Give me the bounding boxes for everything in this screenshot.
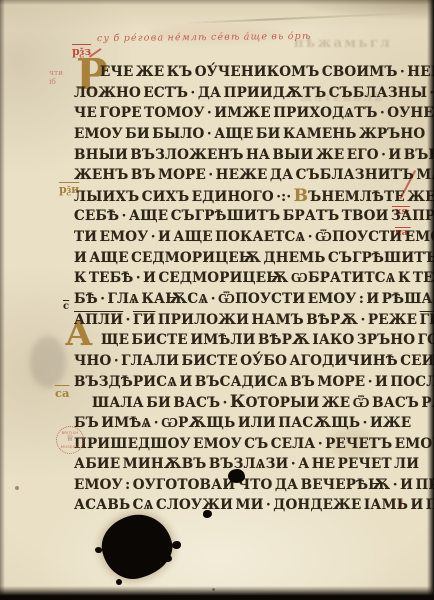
text-segment: И АЩЕ СЕДМОРИЦЕѬ ДНЕМЬ СЪГРѢШИТЪ: [74, 250, 434, 266]
parchment-speck: [15, 486, 19, 490]
text-segment: ЩЕ БИСТЕ ИМѢЛИ ВѢРѪ ІАКО ЗРЪНО ГОРѪШИ: [101, 332, 434, 348]
text-line: ЕЧЕ ЖЕ КЪ ОУ́ЧЕНИКОМЪ СВОИМЪ · НЕВЪЗЬ: [74, 62, 414, 83]
margin-note-s: с: [63, 301, 69, 312]
text-line: ВНЫИ ВЪЗЛОЖЕНЪ НА ВЫИ ЖЕ ЕГО · И ВЪВРЪ: [74, 145, 414, 166]
text-segment: ·: [123, 312, 133, 328]
text-segment: ОТОРЫИ ЖЕ Ѿ ВАСЪ РА: [246, 395, 434, 411]
text-segment: БѢ · ГЛѦ КАѬСѦ · ѾПОУСТИ ЕМОУ : И РѢША: [74, 291, 433, 307]
text-line: ЛЫИХЪ СИХЪ ЕДИНОГО ·:· ВЪНЕМЛѢТЕ ЖЕ: [74, 186, 414, 207]
text-line: ПРИШЕДШОУ ЕМОУ СЪ СЕЛА · РЕЧЕТЪ ЕМОУ ·: [74, 434, 414, 455]
text-line: ЩЕ БИСТЕ ИМѢЛИ ВѢРѪ ІАКО ЗРЪНО ГОРѪШИ: [74, 330, 414, 351]
ink-blot: [164, 555, 172, 562]
text-line: ЖЕНЪ ВЪ МОРЕ · НЕЖЕ ДА СЪБЛАЗНИТЪ МА: [74, 165, 414, 186]
ink-blot: [228, 469, 245, 483]
text-segment: СЕБѢ · АЩЕ СЪГРѢШИТЪ БРАТЪ ТВОИ ЗАПРѢ: [74, 208, 434, 224]
text-line: БЪ ИМѢѦ · ѠРѪЩЬ ИЛИ ПАСѪЩЬ · ИЖЕ: [74, 413, 414, 434]
text-block: ЕЧЕ ЖЕ КЪ ОУ́ЧЕНИКОМЪ СВОИМЪ · НЕВЪЗЬЛОЖ…: [74, 62, 414, 516]
photo-edge: [0, 0, 5, 600]
text-segment: ШАЛА БИ ВАСЪ ·: [92, 395, 230, 411]
text-segment: ГИ: [133, 312, 155, 328]
ink-blot: [95, 547, 102, 553]
photo-edge: [0, 586, 434, 600]
text-segment: ЧЕ ГОРЕ ТОМОУ · ИМЖЕ ПРИХОДѦТЪ · ОУНЕЕ: [74, 105, 434, 121]
margin-note-chti: чтиіб: [49, 69, 63, 86]
text-segment: ЕМОУ : ОУГОТОВАИ ЧТО ДА ВЕЧЕРѢѬ · И ПРѢП…: [74, 477, 434, 493]
parchment-stain: [30, 336, 66, 388]
text-segment: АБИЕ МИНѪВЪ ВЪЗЛѦЗИ · А НЕ РЕЧЕТ ЛИ: [74, 456, 419, 472]
text-line: АСАВЬ СѦ СЛОУЖИ МИ · ДОНДЕЖЕ ІАМЬ И ПИѬ …: [74, 495, 414, 516]
text-segment: ЧНО · ГЛАЛИ БИСТЕ ОУ́БО АГОДИЧИНѢ СЕИ: [74, 353, 434, 369]
text-segment: АСАВЬ СѦ СЛОУЖИ МИ · ДОНДЕЖЕ ІАМЬ И ПИѬ: [74, 497, 434, 513]
text-segment: К ТЕБѢ · И СЕДМОРИЦЕѬ ѠБРАТИТСѦ К ТЕ: [74, 270, 434, 286]
ink-blot: [172, 541, 181, 549]
crown-icon: ♕: [57, 435, 83, 444]
stamp-text-bottom: MUSEUM: [58, 444, 81, 449]
text-line: К ТЕБѢ · И СЕДМОРИЦЕѬ ѠБРАТИТСѦ К ТЕ: [74, 268, 414, 289]
text-segment: АПЛИ: [74, 312, 123, 328]
text-line: СЕБѢ · АЩЕ СЪГРѢШИТЪ БРАТЪ ТВОИ ЗАПРѢ: [74, 206, 414, 227]
text-line: ТИ ЕМОУ · И АЩЕ ПОКАЕТСѦ · ѾПОУСТИ ЕМОУ: [74, 227, 414, 248]
manuscript-photo: пѣжамьгл жатєньлѣ су б ре́гова не́млѣ се…: [0, 0, 434, 600]
text-line: ЕМОУ БИ БЫЛО · АЩЕ БИ КАМЕНЬ ЖРЪНО: [74, 124, 414, 145]
text-segment: ЕМОУ БИ БЫЛО · АЩЕ БИ КАМЕНЬ ЖРЪНО: [74, 126, 425, 142]
british-museum-stamp: BRITISH ♕ MUSEUM: [56, 426, 84, 454]
rubric-header: су б ре́гова не́млѣ се́вѣ а́ще вь о́рѣ: [97, 31, 312, 44]
text-segment: ЖЕНЪ ВЪ МОРЕ · НЕЖЕ ДА СЪБЛАЗНИТЪ МА: [74, 167, 434, 183]
text-segment: ВЪЗДѢРИСѦ И ВЪСАДИСѦ ВЪ МОРЕ · И ПОСЛОУ: [74, 374, 434, 390]
text-line: ЧЕ ГОРЕ ТОМОУ · ИМЖЕ ПРИХОДѦТЪ · ОУНЕЕ: [74, 103, 414, 124]
text-segment: ПРИШЕДШОУ ЕМОУ СЪ СЕЛА · РЕЧЕТЪ ЕМОУ ·: [74, 436, 434, 452]
text-line: АПЛИ · ГИ ПРИЛОЖИ НАМЪ ВѢРѪ · РЕЖЕ ГЬ ·: [74, 310, 414, 331]
text-segment: ЛОЖНО ЕСТЪ · ДА ПРИИДѪТЪ СЪБЛАЗНЫ · ОБА: [74, 85, 434, 101]
ink-blot: [96, 508, 178, 584]
text-line: БѢ · ГЛѦ КАѬСѦ · ѾПОУСТИ ЕМОУ : И РѢША: [74, 289, 414, 310]
photo-edge: [427, 0, 434, 600]
photo-edge: [0, 0, 434, 5]
text-segment: ТИ ЕМОУ · И АЩЕ ПОКАЕТСѦ · ѾПОУСТИ ЕМОУ: [74, 229, 434, 245]
text-segment: ПРИЛОЖИ НАМЪ ВѢРѪ · РЕЖЕ: [155, 312, 419, 328]
stamp-text-top: BRITISH: [58, 430, 81, 435]
text-line: АБИЕ МИНѪВЪ ВЪЗЛѦЗИ · А НЕ РЕЧЕТ ЛИ: [74, 454, 414, 475]
text-line: ЛОЖНО ЕСТЪ · ДА ПРИИДѪТЪ СЪБЛАЗНЫ · ОБА: [74, 83, 414, 104]
text-segment: ЛЫИХЪ СИХЪ ЕДИНОГО ·:·: [74, 189, 294, 205]
text-segment: БЪ ИМѢѦ · ѠРѪЩЬ ИЛИ ПАСѪЩЬ · ИЖЕ: [74, 415, 411, 431]
ink-blot: [116, 579, 122, 585]
text-line: ЧНО · ГЛАЛИ БИСТЕ ОУ́БО АГОДИЧИНѢ СЕИ: [74, 351, 414, 372]
text-line: ШАЛА БИ ВАСЪ · КОТОРЫИ ЖЕ Ѿ ВАСЪ РА: [74, 392, 414, 413]
ink-blot: [203, 510, 212, 518]
text-segment: ЪНЕМЛѢТЕ ЖЕ: [308, 189, 434, 205]
text-line: И АЩЕ СЕДМОРИЦЕѬ ДНЕМЬ СЪГРѢШИТЪ: [74, 248, 414, 269]
text-segment: В: [294, 186, 309, 206]
text-segment: ВНЫИ ВЪЗЛОЖЕНЪ НА ВЫИ ЖЕ ЕГО · И ВЪВРЪ: [74, 147, 434, 163]
margin-note-sa: са: [55, 386, 69, 400]
text-line: ВЪЗДѢРИСѦ И ВЪСАДИСѦ ВЪ МОРЕ · И ПОСЛОУ: [74, 372, 414, 393]
parchment-page: пѣжамьгл жатєньлѣ су б ре́гова не́млѣ се…: [0, 0, 434, 600]
text-segment: К: [230, 392, 246, 412]
text-segment: ЕЧЕ ЖЕ КЪ ОУ́ЧЕНИКОМЪ СВОИМЪ · НЕВЪЗЬ: [100, 64, 434, 80]
